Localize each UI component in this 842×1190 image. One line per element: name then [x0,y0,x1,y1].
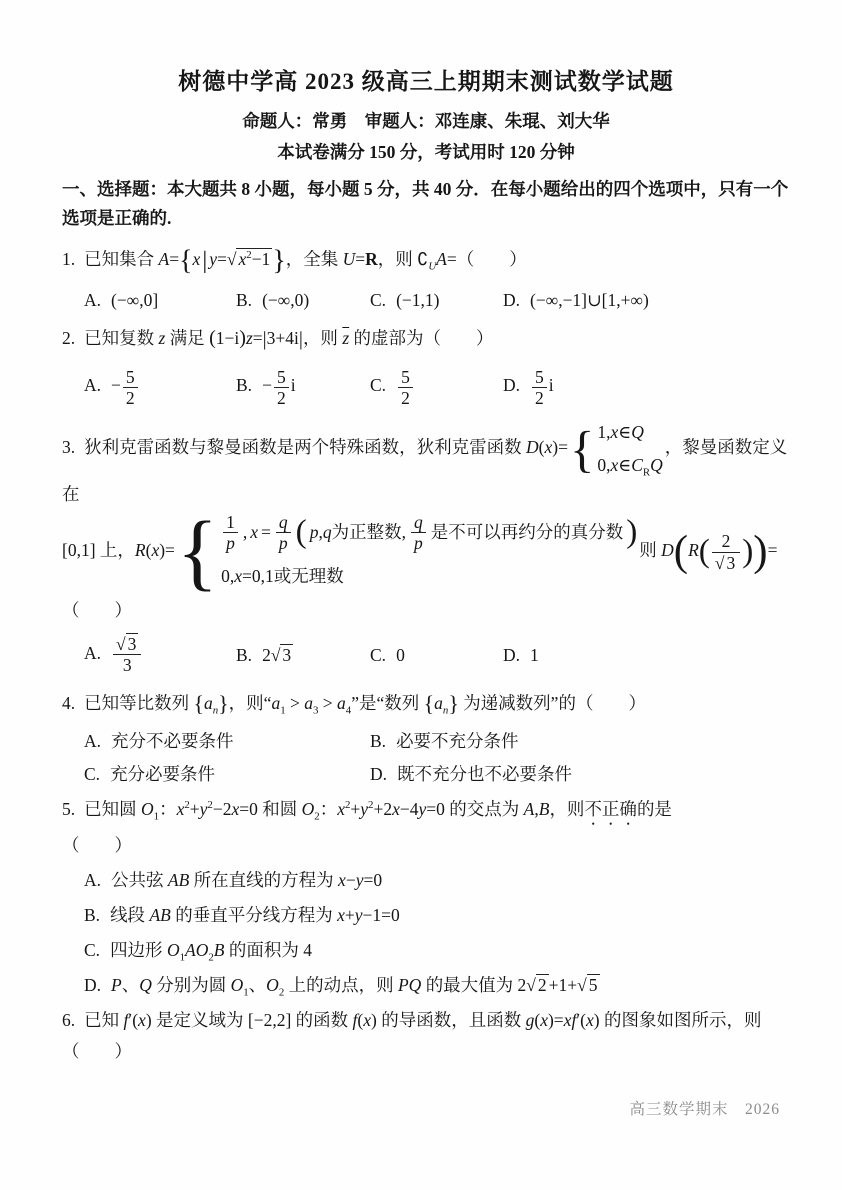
question-6-answer-blank: （ ） [62,1037,790,1065]
question-1-option-d: D.(−∞,−1]∪[1,+∞) [503,286,649,314]
question-1-option-a: A.(−∞,0] [84,286,236,314]
question-1: 1.已知集合 A={x|y=√x2−1}，全集 U=R，则 ∁UA=（ ） A.… [62,240,790,315]
page-footer: 高三数学期末 2026 [629,1098,780,1123]
question-5-option-c: C.四边形 O1AO2B 的面积为 4 [84,936,790,964]
exam-page: 树德中学高 2023 级高三上期期末测试数学试题 命题人：常勇 审题人：邓连康、… [0,0,842,1190]
question-4-text: 已知等比数列 {an}，则“a1 > a3 > a4”是“数列 {an} 为递减… [84,693,646,713]
question-4-options: A.充分不必要条件 B.必要不充分条件 C.充分必要条件 D.既不充分也不必要条… [84,727,790,788]
question-3-option-b: B.2√3 [236,641,370,669]
question-1-option-b: B.(−∞,0) [236,286,370,314]
question-5-option-d: D.P、Q 分别为圆 O1、O2 上的动点，则 PQ 的最大值为 2√2+1+√… [84,971,790,999]
question-6-text: 已知 f′(x) 是定义域为 [−2,2] 的函数 f(x) 的导函数，且函数 … [84,1010,761,1030]
question-3-option-d: D.1 [503,641,539,669]
question-1-option-c: C.(−1,1) [370,286,503,314]
question-5: 5.已知圆 O1：x2+y2−2x=0 和圆 O2：x2+y2+2x−4y=0 … [62,795,790,999]
question-3-option-c: C.0 [370,641,503,669]
question-1-stem: 1.已知集合 A={x|y=√x2−1}，全集 U=R，则 ∁UA=（ ） [62,240,790,282]
question-2-option-c: C.52 [370,367,503,408]
question-3-answer-blank: （ ） [62,596,790,624]
question-5-options: A.公共弦 AB 所在直线的方程为 x−y=0 B.线段 AB 的垂直平分线方程… [62,866,790,999]
question-2-option-b: B.−52i [236,367,370,408]
question-4-option-a: A.充分不必要条件 [84,727,370,755]
question-5-option-b: B.线段 AB 的垂直平分线方程为 x+y−1=0 [84,901,790,929]
question-2: 2.已知复数 z 满足 (1−i)z=|3+4i|，则 z 的虚部为（ ） A.… [62,321,790,408]
question-2-option-a: A.−52 [84,367,236,408]
question-4: 4.已知等比数列 {an}，则“a1 > a3 > a4”是“数列 {an} 为… [62,685,790,787]
question-5-number: 5. [62,799,75,819]
question-4-stem: 4.已知等比数列 {an}，则“a1 > a3 > a4”是“数列 {an} 为… [62,685,790,722]
question-3-option-a: A.√33 [84,634,236,675]
question-3-options: A.√33 B.2√3 C.0 D.1 [84,634,790,675]
question-4-option-d: D.既不充分也不必要条件 [370,760,790,788]
exam-info-line: 本试卷满分 150 分，考试用时 120 分钟 [62,138,790,166]
question-5-answer-blank: （ ） [62,831,790,859]
question-4-number: 4. [62,693,75,713]
question-5-option-a: A.公共弦 AB 所在直线的方程为 x−y=0 [84,866,790,894]
question-2-stem: 2.已知复数 z 满足 (1−i)z=|3+4i|，则 z 的虚部为（ ） [62,321,790,356]
page-title: 树德中学高 2023 级高三上期期末测试数学试题 [62,64,790,101]
question-4-option-b: B.必要不充分条件 [370,727,790,755]
question-3-text-line2: [0,1] 上，R(x)={1p,x=qp(p,q为正整数,qp是不可以再约分的… [62,540,777,560]
question-2-text: 已知复数 z 满足 (1−i)z=|3+4i|，则 z 的虚部为（ ） [84,328,493,348]
question-3-text-line1: 狄利克雷函数与黎曼函数是两个特殊函数，狄利克雷函数 D(x)={1,x∈Q0,x… [62,437,787,504]
authors-line: 命题人：常勇 审题人：邓连康、朱琨、刘大华 [62,107,790,135]
question-6: 6.已知 f′(x) 是定义域为 [−2,2] 的函数 f(x) 的导函数，且函… [62,1006,790,1066]
question-3-stem-line1: 3.狄利克雷函数与黎曼函数是两个特殊函数，狄利克雷函数 D(x)={1,x∈Q0… [62,418,790,510]
question-4-option-c: C.充分必要条件 [84,760,370,788]
question-1-text: 已知集合 A={x|y=√x2−1}，全集 U=R，则 ∁UA=（ ） [84,249,527,269]
question-2-option-d: D.52i [503,367,554,408]
question-1-number: 1. [62,249,75,269]
question-3: 3.狄利克雷函数与黎曼函数是两个特殊函数，狄利克雷函数 D(x)={1,x∈Q0… [62,418,790,676]
question-6-stem: 6.已知 f′(x) 是定义域为 [−2,2] 的函数 f(x) 的导函数，且函… [62,1006,790,1036]
question-2-options: A.−52 B.−52i C.52 D.52i [84,367,790,408]
question-6-number: 6. [62,1010,75,1030]
section-heading: 一、选择题：本大题共 8 小题，每小题 5 分，共 40 分．在每小题给出的四个… [62,175,790,233]
question-3-number: 3. [62,437,75,457]
question-5-text: 已知圆 O1：x2+y2−2x=0 和圆 O2：x2+y2+2x−4y=0 的交… [84,799,672,819]
question-3-stem-line2: [0,1] 上，R(x)={1p,x=qp(p,q为正整数,qp是不可以再约分的… [62,510,790,594]
question-1-options: A.(−∞,0] B.(−∞,0) C.(−1,1) D.(−∞,−1]∪[1,… [84,286,790,314]
question-2-number: 2. [62,328,75,348]
question-5-stem: 5.已知圆 O1：x2+y2−2x=0 和圆 O2：x2+y2+2x−4y=0 … [62,795,790,829]
